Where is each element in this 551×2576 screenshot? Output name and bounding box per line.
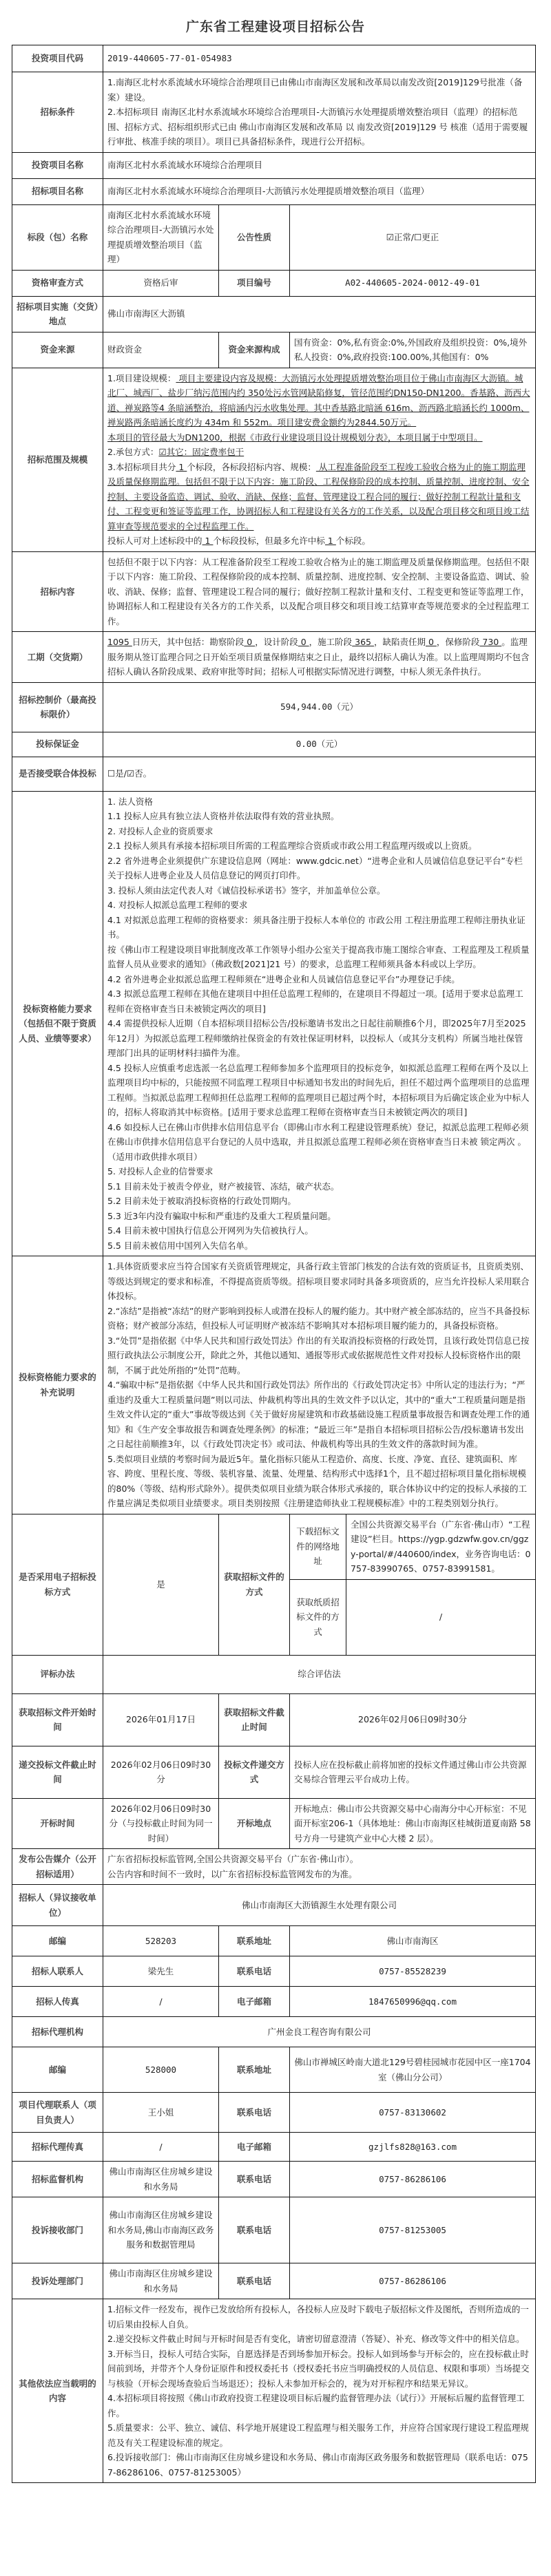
- opening-time-label: 开标时间: [12, 1798, 103, 1849]
- complaint-handle-phone-label: 联系电话: [219, 2263, 290, 2299]
- submit-deadline-label: 递交投标文件截止时间: [12, 1746, 103, 1798]
- obtain-end-value: 2026年02月06日09时30分: [290, 1693, 536, 1746]
- conditions-value: 1.南海区北村水系流域水环境综合治理项目已由佛山市南海区发展和改革局以南发改资[…: [103, 72, 536, 153]
- agency-person-label: 项目代理联系人（项目负责人）: [12, 2093, 103, 2133]
- agency-phone-label: 联系电话: [219, 2093, 290, 2133]
- row-scope: 招标范围及规模 1.项目建设规模： 项目主要建设内容及规模：大沥镇污水处理提质增…: [12, 368, 536, 551]
- req-item: 3. 投标人须由法定代表人对《诚信投标承诺书》签字，并加盖单位公章。: [107, 883, 531, 898]
- other-item: 4.本招标项目将按照《佛山市政府投资工程建设项目标后履约监督管理办法（试行）》开…: [107, 2391, 531, 2420]
- complaint-receive-label: 投诉接收部门: [12, 2197, 103, 2263]
- complaint-handle-label: 投诉处理部门: [12, 2263, 103, 2299]
- conditions-p2: 2.本招标项目 南海区北村水系流域水环境综合治理项目-大沥镇污水处理提质增效整治…: [107, 105, 531, 149]
- control-price-label: 招标控制价（最高投标限价）: [12, 682, 103, 732]
- other-item: 6.投诉接收部门：佛山市南海区住房城乡建设和水务局、佛山市南海区政务服务和数据管…: [107, 2450, 531, 2480]
- req-item: 5.1 目前未处于被责令停业，财产被接管、冻结，破产状态。: [107, 1179, 531, 1194]
- supplement-item: 4.“骗取中标”是指依据《中华人民共和国行政处罚法》所作出的《行政处罚决定书》中…: [107, 1377, 531, 1452]
- scope-p1-extra: 本项目的管径最大为DN1200，根据《市政行业建设项目设计规模划分表》，本项目属…: [107, 430, 531, 445]
- row-media: 发布公告媒介（公开招标适用） 广东省招标投标监管网,全国公共资源交易平台（广东省…: [12, 1849, 536, 1885]
- evaluation-label: 评标办法: [12, 1655, 103, 1693]
- scope-p3-prefix: 3.本招标项目共分: [107, 462, 176, 472]
- row-complaint-handle: 投诉处理部门 佛山市南海区住房城乡建设和水务局 联系电话 0757-862861…: [12, 2263, 536, 2299]
- period-t5: ，保修阶段: [437, 637, 480, 647]
- deposit-value: 0.00（元）: [103, 732, 536, 757]
- agency-phone-value: 0757-83130602: [290, 2093, 536, 2133]
- notice-nature-label: 公告性质: [219, 204, 290, 270]
- supplement-label: 投标资格能力要求的补充说明: [12, 1256, 103, 1514]
- row-deposit: 投标保证金 0.00（元）: [12, 732, 536, 757]
- invest-code-value: 2019-440605-77-01-054983: [103, 45, 536, 72]
- tenderer-email-label: 电子邮箱: [219, 1987, 290, 2017]
- tenderer-phone-label: 联系电话: [219, 1956, 290, 1987]
- requirements-value: 1. 法人资格 1.1 投标人应具有独立法人资格并依法取得有效的营业执照。 2.…: [103, 791, 536, 1256]
- obtain-method-label: 获取招标文件的方式: [219, 1514, 290, 1655]
- obtain-start-label: 获取招标文件开始时间: [12, 1693, 103, 1746]
- row-conditions: 招标条件 1.南海区北村水系流域水环境综合治理项目已由佛山市南海区发展和改革局以…: [12, 72, 536, 153]
- row-agency-person: 项目代理联系人（项目负责人） 王小姐 联系电话 0757-83130602: [12, 2093, 536, 2133]
- obtain-end-label: 获取招标文件截止时间: [219, 1693, 290, 1746]
- row-content: 招标内容 包括但不限于以下内容：从工程准备阶段至工程竣工验收合格为止的施工期监理…: [12, 551, 536, 632]
- tenderer-value: 佛山市南海区大沥镇源生水处理有限公司: [103, 1885, 536, 1926]
- row-evaluation: 评标办法 综合评估法: [12, 1655, 536, 1693]
- period-construction: 365: [352, 637, 374, 647]
- opening-place-value: 开标地点：佛山市公共资源交易中心南海分中心开标室：不见面开标室206-1（具体地…: [290, 1798, 536, 1849]
- electronic-label: 是否采用电子招标投标方式: [12, 1514, 103, 1655]
- row-control-price: 招标控制价（最高投标限价） 594,944.00（元）: [12, 682, 536, 732]
- req-item: 2.2 省外进粤企业须提供广东建设信息网（网址：www.gdcic.net）“进…: [107, 854, 531, 883]
- content-label: 招标内容: [12, 551, 103, 632]
- req-item: 4.2 省外进粤企业拟派总监理工程师须在“进粤企业和人员诚信信息登记平台”办理登…: [107, 972, 531, 987]
- scope-p4-n1: 1: [202, 536, 214, 546]
- row-consortium: 是否接受联合体投标 ☐是/☑否。: [12, 757, 536, 791]
- other-item: 3.开标当日，投标人可结合实际，自愿选择是否到场参加开标会。投标人如到场参与开标…: [107, 2347, 531, 2392]
- scope-p4-b: 个标段投标，但最多允许中标: [213, 536, 325, 546]
- tenderer-addr-value: 佛山市南海区: [290, 1926, 536, 1956]
- obtain-start-value: 2026年01月17日: [103, 1693, 219, 1746]
- req-item: 4.5 投标人应慎重考虑选派一名总监理工程师参加多个监理项目的投标竞争，如拟派总…: [107, 1061, 531, 1120]
- opening-time-value: 2026年02月06日09时30分（与投标截止时间为同一时间）: [103, 1798, 219, 1849]
- agency-email-label: 电子邮箱: [219, 2133, 290, 2162]
- download-url-value[interactable]: 全国公共资源交易平台（广东省·佛山市）“工程建设”栏目。https://ygp.…: [346, 1514, 536, 1579]
- media-label: 发布公告媒介（公开招标适用）: [12, 1849, 103, 1885]
- complaint-handle-phone-value: 0757-86286106: [290, 2263, 536, 2299]
- scope-p3-count: 1: [176, 462, 187, 472]
- req-item: 4.4 需提供投标人近期（自本招标项目招标公告/投标邀请书发出之日起往前顺推6个…: [107, 1016, 531, 1061]
- opening-place-label: 开标地点: [219, 1798, 290, 1849]
- evaluation-value: 综合评估法: [103, 1655, 536, 1693]
- agency-zip-value: 528000: [103, 2047, 219, 2093]
- scope-p2: 2.承包方式：☑其它：固定费率包干: [107, 445, 531, 460]
- invest-name-label: 投资项目名称: [12, 152, 103, 178]
- other-value: 1.招标文件一经发布，视作已发放给所有投标人，各投标人应及时下载电子版招标文件及…: [103, 2299, 536, 2483]
- row-location: 招标项目实施（交货）地点 佛山市南海区大沥镇: [12, 296, 536, 332]
- row-agency-fax: 招标代理传真 / 电子邮箱 gzjlfs828@163.com: [12, 2133, 536, 2162]
- consortium-label: 是否接受联合体投标: [12, 757, 103, 791]
- other-item: 1.招标文件一经发布，视作已发放给所有投标人，各投标人应及时下载电子版招标文件及…: [107, 2302, 531, 2332]
- other-item: 2.递交投标文件截止时间与开标时间是否有变化，请密切留意澄清（答疑）、补充、修改…: [107, 2332, 531, 2347]
- submit-deadline-value: 2026年02月06日09时30分: [103, 1746, 219, 1798]
- download-url-label: 下载招标文件的网络地址: [290, 1514, 346, 1579]
- supplement-item: 1.具体资质要求应当符合国家有关资质管理规定，具备行政主管部门核发的合法有效的资…: [107, 1259, 531, 1304]
- scope-p2-body: ☑其它：固定费率包干: [158, 447, 244, 457]
- period-label: 工期（交货期）: [12, 632, 103, 683]
- row-other: 其他依法应当载明的内容 1.招标文件一经发布，视作已发放给所有投标人，各投标人应…: [12, 2299, 536, 2483]
- control-price-value: 594,944.00（元）: [103, 682, 536, 732]
- requirements-label: 投标资格能力要求（包括但不限于资质人员、业绩等要求）: [12, 791, 103, 1256]
- qualification-value: 资格后审: [103, 270, 219, 296]
- scope-p3-mid: 个标段，各标段招标内容、规模：: [187, 462, 316, 472]
- period-warranty: 730: [479, 637, 501, 647]
- supplement-item: 5.类似项目业绩的考察时间为最近5年。量化指标只能从工程造价、高度、长度、净宽、…: [107, 1452, 531, 1511]
- tenderer-person-label: 招标人联系人: [12, 1956, 103, 1987]
- agency-label: 招标代理机构: [12, 2017, 103, 2047]
- req-item: 5.3 近3年内没有骗取中标和严重违约及重大工程质量问题。: [107, 1209, 531, 1224]
- scope-value: 1.项目建设规模： 项目主要建设内容及规模：大沥镇污水处理提质增效整治项目位于佛…: [103, 368, 536, 551]
- media-value: 广东省招标投标监管网,全国公共资源交易平台（广东省·佛山市）。 公告内容和时间不…: [103, 1849, 536, 1885]
- period-t2: ，设计阶段: [255, 637, 298, 647]
- agency-value: 广州金良工程咨询有限公司: [103, 2017, 536, 2047]
- section-label: 标段（包）名称: [12, 204, 103, 270]
- other-label: 其他依法应当载明的内容: [12, 2299, 103, 2483]
- period-design: 0: [298, 637, 309, 647]
- funding-value: 财政资金: [103, 332, 219, 368]
- electronic-value: 是: [103, 1514, 219, 1655]
- media-line1: 广东省招标投标监管网,全国公共资源交易平台（广东省·佛山市）。: [107, 1852, 531, 1867]
- supervision-phone-label: 联系电话: [219, 2162, 290, 2197]
- req-item: 5.5 目前未被信用中国列入失信名单。: [107, 1238, 531, 1254]
- tenderer-person-value: 梁先生: [103, 1956, 219, 1987]
- tenderer-zip-label: 邮编: [12, 1926, 103, 1956]
- scope-label: 招标范围及规模: [12, 368, 103, 551]
- row-submit: 递交投标文件截止时间 2026年02月06日09时30分 投标文件递交方式 投标…: [12, 1746, 536, 1798]
- agency-zip-label: 邮编: [12, 2047, 103, 2093]
- invest-name-value: 南海区北村水系流域水环境综合治理项目: [103, 152, 536, 178]
- notice-nature-value: ☑正常/☐更正: [290, 204, 536, 270]
- period-value: 1095 日历天，其中包括：勘察阶段 0 ，设计阶段 0 ，施工阶段 365 ，…: [103, 632, 536, 683]
- period-t3: ，施工阶段: [309, 637, 353, 647]
- submit-method-label: 投标文件递交方式: [219, 1746, 290, 1798]
- period-t1: 日历天，其中包括：勘察阶段: [132, 637, 245, 647]
- complaint-receive-phone-value: 0757-81253005: [290, 2197, 536, 2263]
- content-value: 包括但不限于以下内容：从工程准备阶段至工程竣工验收合格为止的施工期监理及质量保修…: [103, 551, 536, 632]
- req-item: 4.1 对拟派总监理工程师的资格要求：须具备注册于投标人本单位的 市政公用 工程…: [107, 913, 531, 942]
- req-item: 5. 对投标人企业的信誉要求: [107, 1164, 531, 1179]
- row-section: 标段（包）名称 南海区北村水系流域水环境综合治理项目-大沥镇污水处理提质增效整治…: [12, 204, 536, 270]
- scope-p4-c: 个标段。: [336, 536, 371, 546]
- req-item: 2. 对投标人企业的资质要求: [107, 824, 531, 839]
- supervision-value: 佛山市南海区住房城乡建设和水务局: [103, 2162, 219, 2197]
- deposit-label: 投标保证金: [12, 732, 103, 757]
- scope-p2-prefix: 2.承包方式：: [107, 447, 158, 457]
- project-code-value: A02-440605-2024-0012-49-01: [290, 270, 536, 296]
- supervision-label: 招标监督机构: [12, 2162, 103, 2197]
- tenderer-phone-value: 0757-85528239: [290, 1956, 536, 1987]
- location-value: 佛山市南海区大沥镇: [103, 296, 536, 332]
- agency-addr-label: 联系地址: [219, 2047, 290, 2093]
- row-complaint-receive: 投诉接收部门 佛山市南海区住房城乡建设和水务局,佛山市南海区政务服务和数据管理局…: [12, 2197, 536, 2263]
- req-item: 按《佛山市工程建设项目审批制度改革工作领导小组办公室关于提高我市施工图综合审查、…: [107, 942, 531, 972]
- row-tender-name: 招标项目名称 南海区北村水系流域水环境综合治理项目-大沥镇污水处理提质增效整治项…: [12, 178, 536, 204]
- req-item: 2.1 投标人须具有承接本招标项目所需的工程监理综合资质或市政公用工程监理丙级或…: [107, 838, 531, 854]
- supplement-value: 1.具体资质要求应当符合国家有关资质管理规定，具备行政主管部门核发的合法有效的资…: [103, 1256, 536, 1514]
- supervision-phone-value: 0757-86286106: [290, 2162, 536, 2197]
- scope-p4: 投标人可对上述标段中的 1 个标段投标，但最多允许中标 1 个标段。: [107, 534, 531, 549]
- funding-composition-label: 资金来源构成: [219, 332, 290, 368]
- qualification-label: 资格审查方式: [12, 270, 103, 296]
- complaint-receive-phone-label: 联系电话: [219, 2197, 290, 2263]
- period-days: 1095: [107, 637, 132, 647]
- media-line2: 公告内容和时间不一致时，以广东省招标投标监管网发布的为准。: [107, 1867, 531, 1882]
- row-invest-name: 投资项目名称 南海区北村水系流域水环境综合治理项目: [12, 152, 536, 178]
- req-item: 1.1 投标人应具有独立法人资格并依法取得有效的营业执照。: [107, 809, 531, 824]
- scope-p3: 3.本招标项目共分 1 个标段，各标段招标内容、规模： 从工程准备阶段至工程竣工…: [107, 460, 531, 534]
- conditions-p1: 1.南海区北村水系流域水环境综合治理项目已由佛山市南海区发展和改革局以南发改资[…: [107, 75, 531, 105]
- row-electronic: 是否采用电子招标投标方式 是 获取招标文件的方式 下载招标文件的网络地址 全国公…: [12, 1514, 536, 1579]
- complaint-handle-value: 佛山市南海区住房城乡建设和水务局: [103, 2263, 219, 2299]
- other-item: 5.质量要求：公平、独立、诚信、科学地开展建设工程监理与相关服务工作，并应符合国…: [107, 2420, 531, 2450]
- req-item: 1. 法人资格: [107, 794, 531, 810]
- scope-p1: 1.项目建设规模： 项目主要建设内容及规模：大沥镇污水处理提质增效整治项目位于佛…: [107, 371, 531, 430]
- funding-label: 资金来源: [12, 332, 103, 368]
- req-item: 5.2 目前未处于被取消投标资格的行政处罚期内。: [107, 1194, 531, 1209]
- req-item: 4. 对投标人拟派总监理工程师的要求: [107, 898, 531, 913]
- agency-fax-value: /: [103, 2133, 219, 2162]
- complaint-receive-value: 佛山市南海区住房城乡建设和水务局,佛山市南海区政务服务和数据管理局: [103, 2197, 219, 2263]
- tenderer-label: 招标人（异议接收单位）: [12, 1885, 103, 1926]
- row-agency: 招标代理机构 广州金良工程咨询有限公司: [12, 2017, 536, 2047]
- tenderer-email-value[interactable]: 1847650996@qq.com: [290, 1987, 536, 2017]
- row-invest-code: 投资项目代码 2019-440605-77-01-054983: [12, 45, 536, 72]
- tenderer-fax-value: /: [103, 1987, 219, 2017]
- agency-fax-label: 招标代理传真: [12, 2133, 103, 2162]
- row-supervision: 招标监督机构 佛山市南海区住房城乡建设和水务局 联系电话 0757-862861…: [12, 2162, 536, 2197]
- tender-name-value: 南海区北村水系流域水环境综合治理项目-大沥镇污水处理提质增效整治项目（监理）: [103, 178, 536, 204]
- paper-method-value: /: [346, 1579, 536, 1655]
- page-title: 广东省工程建设项目招标公告: [0, 0, 551, 45]
- agency-email-value[interactable]: gzjlfs828@163.com: [290, 2133, 536, 2162]
- row-tenderer-person: 招标人联系人 梁先生 联系电话 0757-85528239: [12, 1956, 536, 1987]
- row-funding: 资金来源 财政资金 资金来源构成 国有资金：0%,私有资金:0%,外国政府及组织…: [12, 332, 536, 368]
- period-defect: 0: [426, 637, 437, 647]
- row-agency-zip: 邮编 528000 联系地址 佛山市禅城区岭南大道北129号碧桂园城市花园中区一…: [12, 2047, 536, 2093]
- agency-addr-value: 佛山市禅城区岭南大道北129号碧桂园城市花园中区一座1704室（佛山分公司）: [290, 2047, 536, 2093]
- req-item: 4.3 拟派总监理工程师在其他在建项目中担任总监理工程师的，在建项目不得超过一项…: [107, 986, 531, 1016]
- row-opening: 开标时间 2026年02月06日09时30分（与投标截止时间为同一时间） 开标地…: [12, 1798, 536, 1849]
- row-period: 工期（交货期） 1095 日历天，其中包括：勘察阶段 0 ，设计阶段 0 ，施工…: [12, 632, 536, 683]
- tender-name-label: 招标项目名称: [12, 178, 103, 204]
- location-label: 招标项目实施（交货）地点: [12, 296, 103, 332]
- row-tenderer: 招标人（异议接收单位） 佛山市南海区大沥镇源生水处理有限公司: [12, 1885, 536, 1926]
- funding-composition-value: 国有资金：0%,私有资金:0%,外国政府及组织投资：0%,境外私人投资：0%,政…: [290, 332, 536, 368]
- scope-p4-n2: 1: [325, 536, 336, 546]
- section-value: 南海区北村水系流域水环境综合治理项目-大沥镇污水处理提质增效整治项目（监理）: [103, 204, 219, 270]
- row-obtain-time: 获取招标文件开始时间 2026年01月17日 获取招标文件截止时间 2026年0…: [12, 1693, 536, 1746]
- supplement-item: 3.“处罚”是指依据《中华人民共和国行政处罚法》作出的有关取消投标资格的行政处罚…: [107, 1333, 531, 1378]
- tenderer-zip-value: 528203: [103, 1926, 219, 1956]
- row-supplement: 投标资格能力要求的补充说明 1.具体资质要求应当符合国家有关资质管理规定，具备行…: [12, 1256, 536, 1514]
- tenderer-addr-label: 联系地址: [219, 1926, 290, 1956]
- row-tenderer-fax: 招标人传真 / 电子邮箱 1847650996@qq.com: [12, 1987, 536, 2017]
- period-t4: ，缺陷责任期: [374, 637, 426, 647]
- req-item: 5.4 目前未被中国执行信息公开网列为失信被执行人。: [107, 1223, 531, 1238]
- invest-code-label: 投资项目代码: [12, 45, 103, 72]
- period-survey: 0: [244, 637, 255, 647]
- row-tenderer-zip: 邮编 528203 联系地址 佛山市南海区: [12, 1926, 536, 1956]
- supplement-item: 2.“冻结”是指被“冻结”的财产影响到投标人或潜在投标人的履约能力。其中财产被全…: [107, 1304, 531, 1333]
- req-item: 4.6 如投标人已在佛山市供排水信用信息平台（即佛山市水利工程建设管理系统）登记…: [107, 1120, 531, 1165]
- row-requirements: 投标资格能力要求（包括但不限于资质人员、业绩等要求） 1. 法人资格 1.1 投…: [12, 791, 536, 1256]
- consortium-value: ☐是/☑否。: [103, 757, 536, 791]
- scope-p1-prefix: 1.项目建设规模：: [107, 373, 176, 383]
- row-qualification: 资格审查方式 资格后审 项目编号 A02-440605-2024-0012-49…: [12, 270, 536, 296]
- tender-notice-table: 投资项目代码 2019-440605-77-01-054983 招标条件 1.南…: [12, 45, 536, 2483]
- paper-method-label: 获取纸质招标文件的方式: [290, 1579, 346, 1655]
- submit-method-value: 投标人应在投标截止前将加密的投标文件通过佛山市公共资源交易综合管理云平台成功上传…: [290, 1746, 536, 1798]
- scope-p4-a: 投标人可对上述标段中的: [107, 536, 202, 546]
- agency-person-value: 王小姐: [103, 2093, 219, 2133]
- conditions-label: 招标条件: [12, 72, 103, 153]
- tenderer-fax-label: 招标人传真: [12, 1987, 103, 2017]
- project-code-label: 项目编号: [219, 270, 290, 296]
